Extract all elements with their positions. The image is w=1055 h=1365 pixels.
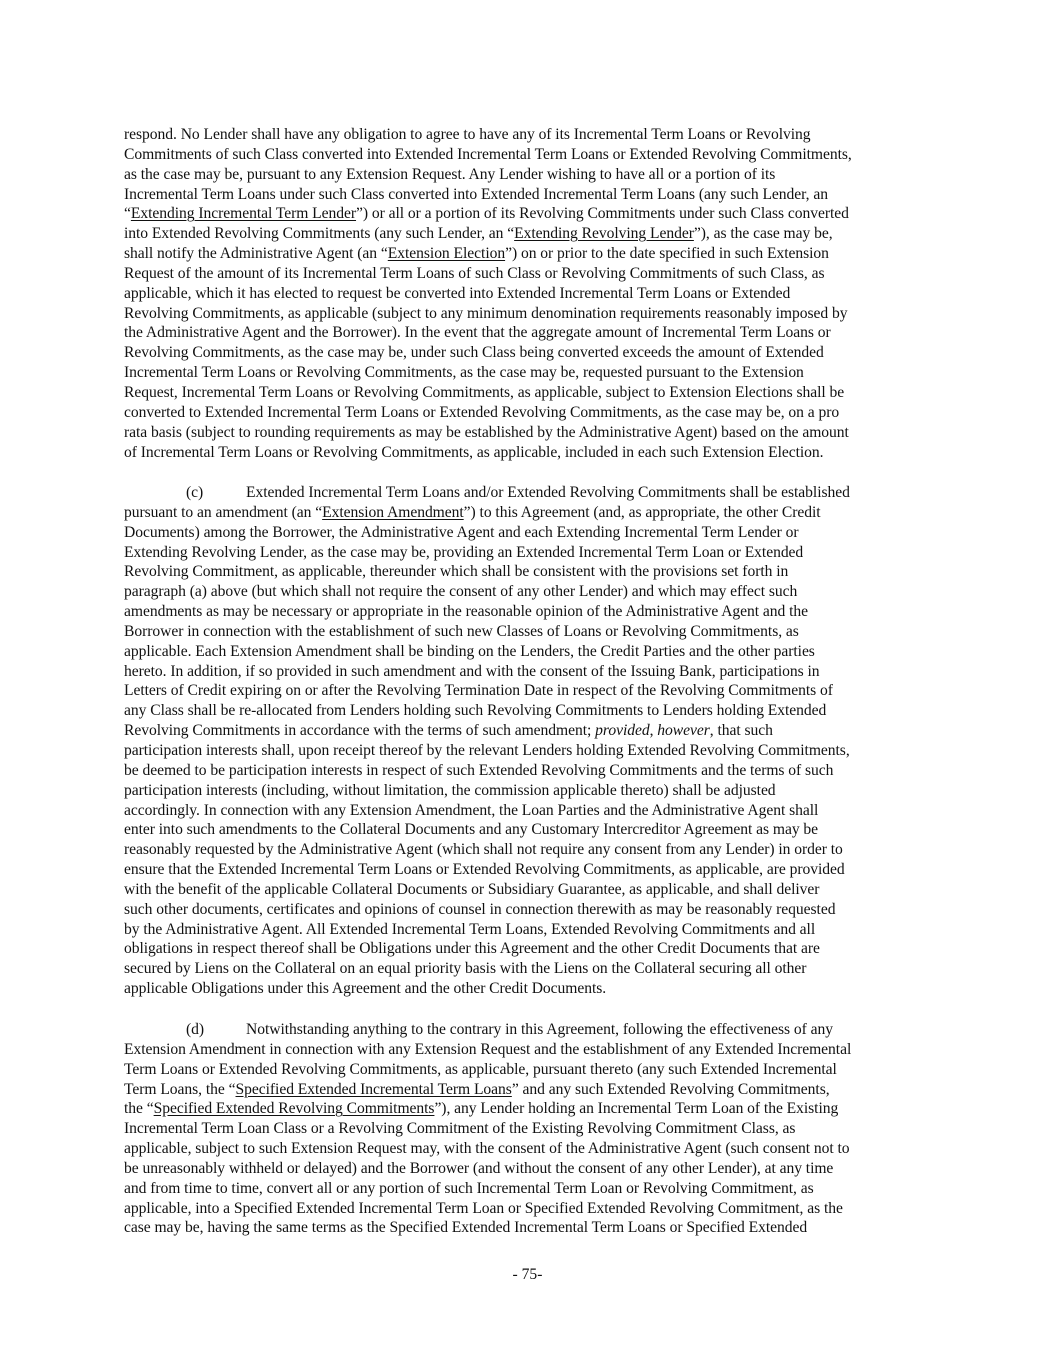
- paragraph-d: (d)Notwithstanding anything to the contr…: [124, 1020, 944, 1238]
- text-line: (d)Notwithstanding anything to the contr…: [124, 1020, 944, 1040]
- text-line: into Extended Revolving Commitments (any…: [124, 224, 944, 244]
- text-line: such other documents, certificates and o…: [124, 900, 944, 920]
- text-segment: Revolving Commitment, as applicable, the…: [124, 563, 788, 580]
- document-page: respond. No Lender shall have any obliga…: [0, 0, 1055, 1365]
- text-segment: Extending Revolving Lender, as the case …: [124, 544, 803, 561]
- text-line: amendments as may be necessary or approp…: [124, 602, 944, 622]
- text-segment: the “: [124, 1100, 154, 1117]
- text-line: (c)Extended Incremental Term Loans and/o…: [124, 483, 944, 503]
- text-line: shall notify the Administrative Agent (a…: [124, 244, 944, 264]
- paragraph-marker: (c): [186, 483, 246, 503]
- text-line: be unreasonably withheld or delayed) and…: [124, 1159, 944, 1179]
- defined-term: Extension Election: [388, 245, 505, 262]
- text-segment: obligations in respect thereof shall be …: [124, 940, 820, 957]
- text-segment: applicable. Each Extension Amendment sha…: [124, 643, 815, 660]
- text-segment: ”) or all or a portion of its Revolving …: [356, 205, 849, 222]
- text-line: Term Loans, the “Specified Extended Incr…: [124, 1080, 944, 1100]
- text-line: applicable, which it has elected to requ…: [124, 284, 944, 304]
- text-line: and from time to time, convert all or an…: [124, 1179, 944, 1199]
- text-segment: Extended Incremental Term Loans and/or E…: [246, 484, 850, 501]
- text-line: Revolving Commitments, as applicable (su…: [124, 304, 944, 324]
- text-line: be deemed to be participation interests …: [124, 761, 944, 781]
- text-line: by the Administrative Agent. All Extende…: [124, 920, 944, 940]
- text-line: Request of the amount of its Incremental…: [124, 264, 944, 284]
- text-segment: as the case may be, pursuant to any Exte…: [124, 166, 775, 183]
- paragraph-b-continued: respond. No Lender shall have any obliga…: [124, 125, 944, 462]
- text-segment: , that such: [710, 722, 773, 739]
- text-segment: ”), any Lender holding an Incremental Te…: [434, 1100, 838, 1117]
- text-segment: accordingly. In connection with any Exte…: [124, 802, 818, 819]
- text-line: accordingly. In connection with any Exte…: [124, 801, 944, 821]
- text-segment: Revolving Commitments in accordance with…: [124, 722, 595, 739]
- text-line: ensure that the Extended Incremental Ter…: [124, 860, 944, 880]
- text-segment: ”) on or prior to the date specified in …: [505, 245, 829, 262]
- text-line: enter into such amendments to the Collat…: [124, 820, 944, 840]
- text-line: Documents) among the Borrower, the Admin…: [124, 523, 944, 543]
- text-line: hereto. In addition, if so provided in s…: [124, 662, 944, 682]
- text-segment: Revolving Commitments, as the case may b…: [124, 344, 824, 361]
- text-line: applicable, subject to such Extension Re…: [124, 1139, 944, 1159]
- text-segment: be unreasonably withheld or delayed) and…: [124, 1160, 833, 1177]
- text-segment: shall notify the Administrative Agent (a…: [124, 245, 388, 262]
- text-line: of Incremental Term Loans or Revolving C…: [124, 443, 944, 463]
- text-segment: participation interests shall, upon rece…: [124, 742, 850, 759]
- text-line: with the benefit of the applicable Colla…: [124, 880, 944, 900]
- text-line: Letters of Credit expiring on or after t…: [124, 681, 944, 701]
- text-segment: ”) to this Agreement (and, as appropriat…: [464, 504, 821, 521]
- text-segment: applicable Obligations under this Agreem…: [124, 980, 606, 997]
- text-line: “Extending Incremental Term Lender”) or …: [124, 204, 944, 224]
- paragraph-marker: (d): [186, 1020, 246, 1040]
- text-line: paragraph (a) above (but which shall not…: [124, 582, 944, 602]
- text-line: converted to Extended Incremental Term L…: [124, 403, 944, 423]
- text-segment: converted to Extended Incremental Term L…: [124, 404, 839, 421]
- text-segment: reasonably requested by the Administrati…: [124, 841, 843, 858]
- text-segment: secured by Liens on the Collateral on an…: [124, 960, 806, 977]
- text-line: Borrower in connection with the establis…: [124, 622, 944, 642]
- text-segment: Term Loans, the “: [124, 1081, 236, 1098]
- text-segment: Request of the amount of its Incremental…: [124, 265, 824, 282]
- text-line: Revolving Commitment, as applicable, the…: [124, 562, 944, 582]
- text-segment: ” and any such Extended Revolving Commit…: [512, 1081, 830, 1098]
- text-segment: enter into such amendments to the Collat…: [124, 821, 818, 838]
- text-segment: applicable, which it has elected to requ…: [124, 285, 790, 302]
- text-line: Extending Revolving Lender, as the case …: [124, 543, 944, 563]
- text-line: obligations in respect thereof shall be …: [124, 939, 944, 959]
- text-segment: Documents) among the Borrower, the Admin…: [124, 524, 799, 541]
- text-line: the “Specified Extended Revolving Commit…: [124, 1099, 944, 1119]
- italic-text: provided: [595, 722, 649, 739]
- text-segment: Revolving Commitments, as applicable (su…: [124, 305, 847, 322]
- text-segment: rata basis (subject to rounding requirem…: [124, 424, 849, 441]
- text-segment: respond. No Lender shall have any obliga…: [124, 126, 811, 143]
- defined-term: Specified Extended Incremental Term Loan…: [236, 1081, 512, 1098]
- text-segment: Notwithstanding anything to the contrary…: [246, 1021, 833, 1038]
- text-segment: Term Loans or Extended Revolving Commitm…: [124, 1061, 837, 1078]
- text-segment: pursuant to an amendment (an “: [124, 504, 322, 521]
- text-segment: “: [124, 205, 131, 222]
- text-line: Request, Incremental Term Loans or Revol…: [124, 383, 944, 403]
- text-segment: participation interests (including, with…: [124, 782, 776, 799]
- text-line: secured by Liens on the Collateral on an…: [124, 959, 944, 979]
- text-line: applicable. Each Extension Amendment sha…: [124, 642, 944, 662]
- italic-text: however: [657, 722, 709, 739]
- text-line: rata basis (subject to rounding requirem…: [124, 423, 944, 443]
- text-segment: Incremental Term Loans under such Class …: [124, 186, 828, 203]
- text-line: Incremental Term Loans under such Class …: [124, 185, 944, 205]
- defined-term: Extension Amendment: [322, 504, 464, 521]
- text-line: participation interests shall, upon rece…: [124, 741, 944, 761]
- defined-term: Extending Revolving Lender: [514, 225, 694, 242]
- text-segment: hereto. In addition, if so provided in s…: [124, 663, 820, 680]
- text-line: any Class shall be re-allocated from Len…: [124, 701, 944, 721]
- text-line: reasonably requested by the Administrati…: [124, 840, 944, 860]
- text-segment: applicable, subject to such Extension Re…: [124, 1140, 850, 1157]
- defined-term: Extending Incremental Term Lender: [131, 205, 356, 222]
- paragraph-c: (c)Extended Incremental Term Loans and/o…: [124, 483, 944, 999]
- text-segment: case may be, having the same terms as th…: [124, 1219, 807, 1236]
- text-segment: Incremental Term Loans or Revolving Comm…: [124, 364, 804, 381]
- text-segment: by the Administrative Agent. All Extende…: [124, 921, 815, 938]
- text-line: applicable Obligations under this Agreem…: [124, 979, 944, 999]
- text-line: the Administrative Agent and the Borrowe…: [124, 323, 944, 343]
- text-segment: Extension Amendment in connection with a…: [124, 1041, 851, 1058]
- text-segment: Letters of Credit expiring on or after t…: [124, 682, 833, 699]
- text-segment: ”), as the case may be,: [694, 225, 833, 242]
- text-segment: of Incremental Term Loans or Revolving C…: [124, 444, 824, 461]
- text-segment: Borrower in connection with the establis…: [124, 623, 799, 640]
- page-number: - 75-: [0, 1265, 1055, 1285]
- text-segment: amendments as may be necessary or approp…: [124, 603, 808, 620]
- text-segment: any Class shall be re-allocated from Len…: [124, 702, 826, 719]
- text-line: participation interests (including, with…: [124, 781, 944, 801]
- defined-term: Specified Extended Revolving Commitments: [154, 1100, 435, 1117]
- text-segment: the Administrative Agent and the Borrowe…: [124, 324, 831, 341]
- text-line: Commitments of such Class converted into…: [124, 145, 944, 165]
- text-segment: Request, Incremental Term Loans or Revol…: [124, 384, 844, 401]
- text-line: Incremental Term Loan Class or a Revolvi…: [124, 1119, 944, 1139]
- text-line: as the case may be, pursuant to any Exte…: [124, 165, 944, 185]
- text-segment: be deemed to be participation interests …: [124, 762, 833, 779]
- text-line: case may be, having the same terms as th…: [124, 1218, 944, 1238]
- text-segment: applicable, into a Specified Extended In…: [124, 1200, 843, 1217]
- text-segment: paragraph (a) above (but which shall not…: [124, 583, 797, 600]
- text-line: Revolving Commitments, as the case may b…: [124, 343, 944, 363]
- text-segment: Incremental Term Loan Class or a Revolvi…: [124, 1120, 795, 1137]
- text-line: Revolving Commitments in accordance with…: [124, 721, 944, 741]
- text-segment: Commitments of such Class converted into…: [124, 146, 852, 163]
- text-line: applicable, into a Specified Extended In…: [124, 1199, 944, 1219]
- text-line: Extension Amendment in connection with a…: [124, 1040, 944, 1060]
- text-line: Incremental Term Loans or Revolving Comm…: [124, 363, 944, 383]
- text-segment: into Extended Revolving Commitments (any…: [124, 225, 514, 242]
- text-segment: ensure that the Extended Incremental Ter…: [124, 861, 845, 878]
- text-line: pursuant to an amendment (an “Extension …: [124, 503, 944, 523]
- text-segment: such other documents, certificates and o…: [124, 901, 835, 918]
- text-segment: and from time to time, convert all or an…: [124, 1180, 814, 1197]
- text-line: respond. No Lender shall have any obliga…: [124, 125, 944, 145]
- text-segment: with the benefit of the applicable Colla…: [124, 881, 819, 898]
- text-line: Term Loans or Extended Revolving Commitm…: [124, 1060, 944, 1080]
